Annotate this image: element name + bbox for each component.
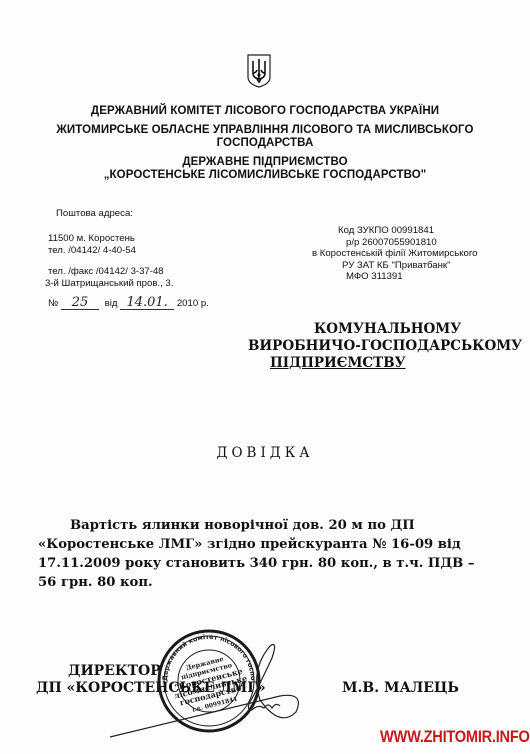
recipient-line-3: ПІДПРИЄМСТВУ <box>270 355 406 371</box>
letter-page: ДЕРЖАВНИЙ КОМІТЕТ ЛІСОВОГО ГОСПОДАРСТВА … <box>0 0 530 754</box>
registration-number: 25 <box>61 297 99 310</box>
site-watermark: WWW.ZHITOMIR.INFO <box>380 727 530 747</box>
handwritten-signature <box>100 640 340 740</box>
postal-city: 11500 м. Коростень <box>48 233 135 245</box>
postal-street: 3-й Шатрищанський пров., 3. <box>45 278 173 290</box>
recipient-line-2: ВИРОБНИЧО-ГОСПОДАРСЬКОМУ <box>248 338 522 354</box>
recipient-line-1: КОМУНАЛЬНОМУ <box>314 321 461 337</box>
bank-branch: в Коростенській філії Житомирського <box>312 248 502 260</box>
bank-name: РУ ЗАТ КБ "Приватбанк" <box>312 260 502 272</box>
document-body: Вартість ялинки новорічної дов. 20 м по … <box>38 516 488 592</box>
committee-name: ДЕРЖАВНИЙ КОМІТЕТ ЛІСОВОГО ГОСПОДАРСТВА … <box>0 105 530 117</box>
bank-account: р/р 26007055901810 <box>312 237 502 249</box>
bank-code: Код ЗУКПО 00991841 <box>312 225 502 237</box>
enterprise-type: ДЕРЖАВНЕ ПІДПРИЄМСТВО <box>0 156 530 168</box>
registration-date: 14.01. <box>120 297 174 310</box>
ukraine-trident-icon <box>245 53 273 89</box>
enterprise-name: „КОРОСТЕНСЬКЕ ЛІСОМИСЛИВСЬКЕ ГОСПОДАРСТВ… <box>0 169 530 181</box>
date-prefix: від <box>105 298 118 309</box>
postal-label: Поштова адреса: <box>56 208 133 220</box>
number-prefix: № <box>48 298 58 309</box>
postal-phone: тел. /04142/ 4-40-54 <box>48 245 136 257</box>
registration-line: № 25 від 14.01. 2010 р. <box>48 297 209 310</box>
bank-details: Код ЗУКПО 00991841 р/р 26007055901810 в … <box>312 225 502 283</box>
postal-fax: тел. /факс /04142/ 3-37-48 <box>48 266 164 278</box>
regional-department-cont: ГОСПОДАРСТВА <box>0 137 530 149</box>
document-title: ДОВІДКА <box>0 445 530 461</box>
registration-year: 2010 р. <box>177 298 209 309</box>
regional-department: ЖИТОМИРСЬКЕ ОБЛАСНЕ УПРАВЛІННЯ ЛІСОВОГО … <box>0 124 530 136</box>
bank-mfo: МФО 311391 <box>312 271 502 283</box>
director-name: М.В. МАЛЕЦЬ <box>342 680 459 696</box>
